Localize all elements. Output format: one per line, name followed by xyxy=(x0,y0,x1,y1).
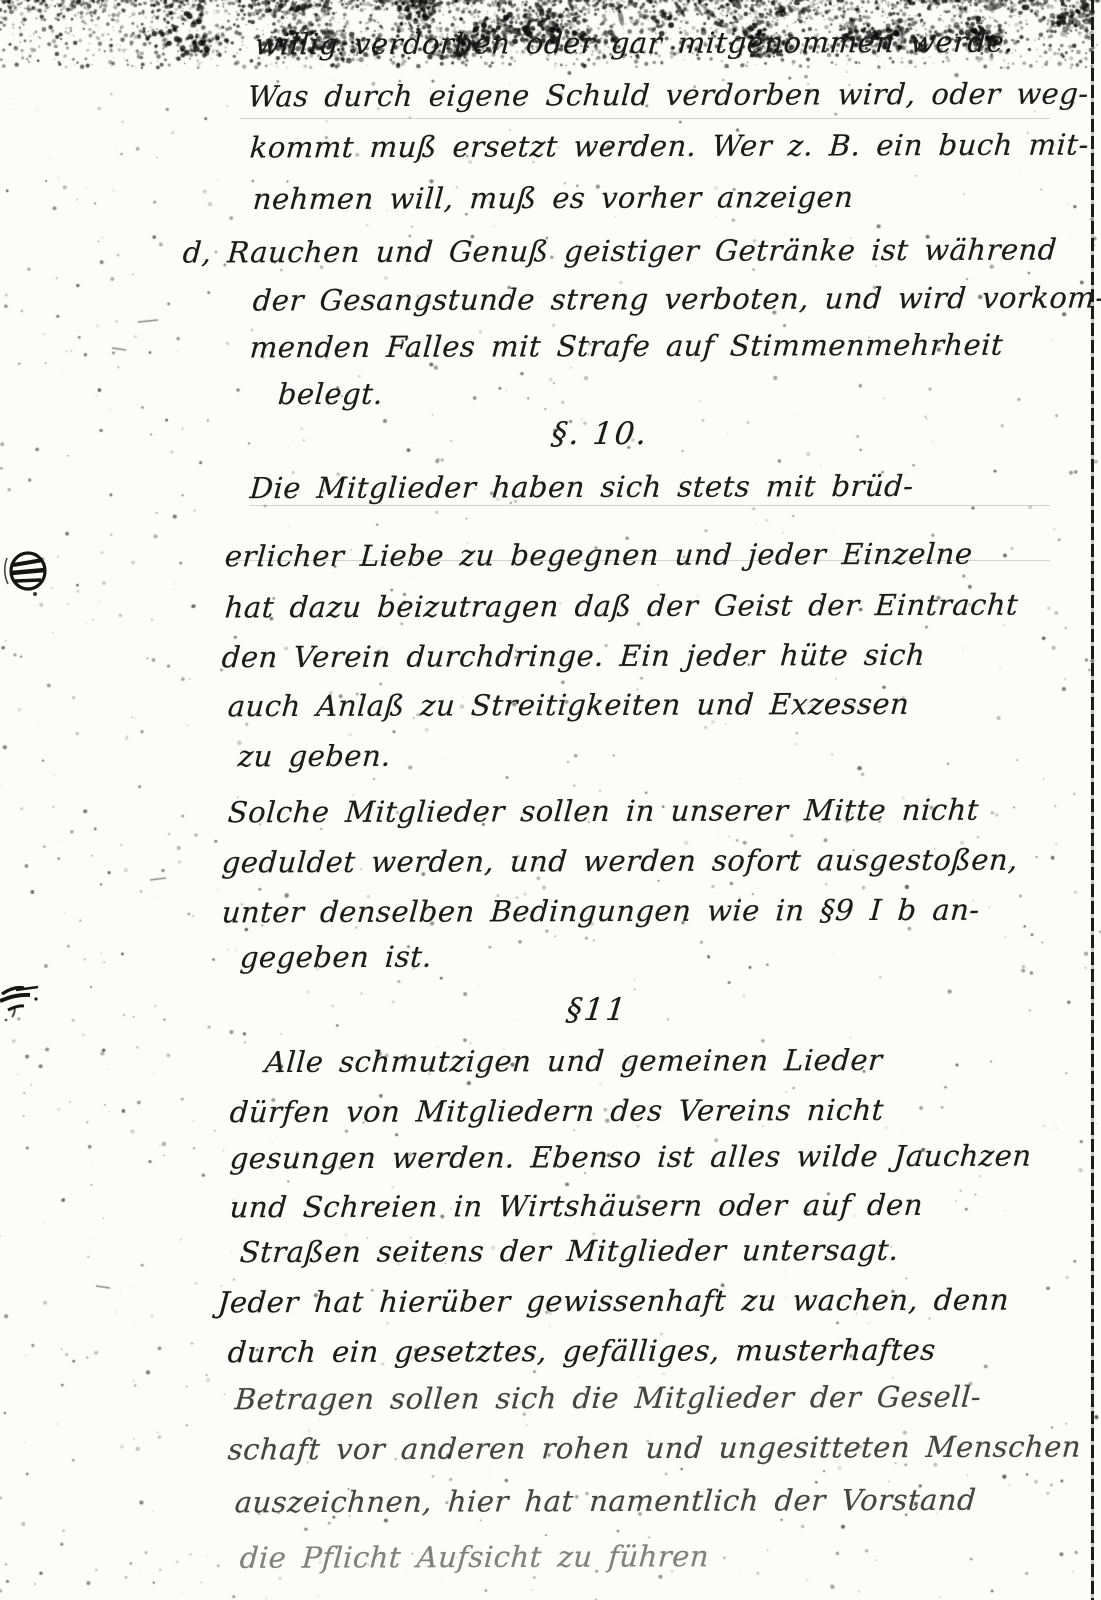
handwritten-line: geduldet werden, und werden sofort ausge… xyxy=(221,843,1019,880)
handwritten-line: Was durch eigene Schuld verdorben wird, … xyxy=(247,77,1090,114)
handwritten-line: Straßen seitens der Mitglieder untersagt… xyxy=(239,1233,900,1269)
handwritten-line-list-item-d: d, Rauchen und Genuß geistiger Getränke … xyxy=(182,232,1058,269)
scan-edge-line xyxy=(1091,0,1094,1600)
handwritten-line: menden Falles mit Strafe auf Stimmenmehr… xyxy=(249,328,1005,365)
section-heading-10: §. 10. xyxy=(488,416,712,452)
handwritten-line: schaft vor anderen rohen und ungesittete… xyxy=(227,1430,1082,1467)
section-heading-11: §11 xyxy=(485,992,709,1028)
handwritten-line: Solche Mitglieder sollen in unserer Mitt… xyxy=(227,793,980,830)
handwritten-line: und Schreien in Wirtshäusern oder auf de… xyxy=(229,1188,924,1224)
handwritten-line: nehmen will, muß es vorher anzeigen xyxy=(252,180,855,216)
handwritten-line: auszeichnen, hier hat namentlich der Vor… xyxy=(234,1483,978,1520)
handwritten-line: erlicher Liebe zu begegnen und jeder Ein… xyxy=(224,537,974,574)
handwritten-line: auch Anlaß zu Streitigkeiten und Exzesse… xyxy=(227,687,911,723)
handwritten-line: Die Mitglieder haben sich stets mit brüd… xyxy=(249,469,915,505)
handwritten-line: gegeben ist. xyxy=(239,940,433,975)
handwritten-line: Jeder hat hierüber gewissenhaft zu wache… xyxy=(217,1283,1010,1320)
handwriting-layer: willig verdorben oder gar mitgenommen we… xyxy=(0,0,1101,1600)
handwritten-line: unter denselben Bedingungen wie in §9 I … xyxy=(221,893,981,930)
handwritten-line: den Verein durchdringe. Ein jeder hüte s… xyxy=(221,638,927,674)
handwritten-line: belegt. xyxy=(277,377,384,411)
handwritten-line: dürfen von Mitgliedern des Vereins nicht xyxy=(229,1093,885,1129)
smudge-mark xyxy=(0,972,52,1026)
handwritten-line: der Gesangstunde streng verboten, und wi… xyxy=(252,281,1101,318)
handwritten-line: zu geben. xyxy=(237,739,392,774)
punch-hole-mark xyxy=(4,544,52,600)
handwritten-line: hat dazu beizutragen daß der Geist der E… xyxy=(224,588,1020,625)
handwritten-line: die Pflicht Aufsicht zu führen xyxy=(239,1539,710,1575)
handwritten-line: Alle schmutzigen und gemeinen Lieder xyxy=(264,1043,884,1079)
manuscript-page: willig verdorben oder gar mitgenommen we… xyxy=(0,0,1101,1600)
handwritten-line: durch ein gesetztes, gefälliges, musterh… xyxy=(227,1333,937,1369)
handwritten-line: gesungen werden. Ebenso ist alles wilde … xyxy=(229,1139,1033,1176)
handwritten-line: Betragen sollen sich die Mitglieder der … xyxy=(234,1380,983,1417)
handwritten-line: willig verdorben oder gar mitgenommen we… xyxy=(254,25,1015,62)
handwritten-line: kommt muß ersetzt werden. Wer z. B. ein … xyxy=(249,128,1090,165)
